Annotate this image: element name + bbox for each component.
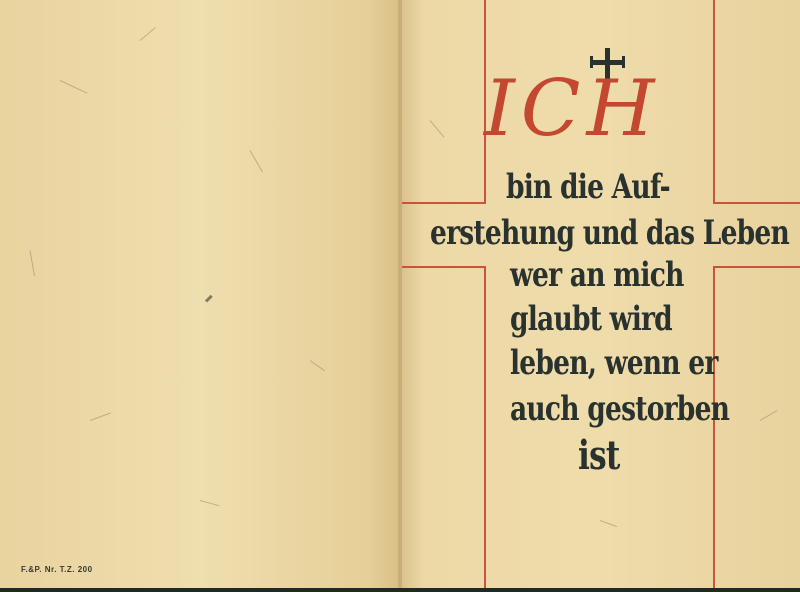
paper-fiber [60, 80, 88, 94]
verse-line-1: bin die Auf- [506, 170, 670, 204]
paper-fiber [430, 120, 445, 137]
card-fold [398, 0, 402, 588]
paper-fiber [30, 250, 35, 276]
verse-line-2: erstehung und das Leben [430, 216, 789, 250]
paper-fiber [200, 500, 220, 506]
left-panel: F.&P. Nr. T.Z. 200 [0, 0, 400, 588]
cross-outline-right-arm-bottom [713, 266, 800, 268]
verse-line-7: ist [578, 436, 619, 476]
paper-fiber [310, 360, 325, 371]
cross-outline-right-arm-top [713, 202, 800, 204]
paper-fiber [140, 27, 156, 41]
paper-fiber [250, 150, 263, 172]
cross-outline-left-arm-bottom [402, 266, 486, 268]
verse-line-3: wer an mich [510, 258, 684, 292]
verse-line-6: auch gestorben [510, 392, 729, 426]
memorial-card: F.&P. Nr. T.Z. 200 ICH bin die Auf- erst… [0, 0, 800, 588]
verse-line-5: leben, wenn er [510, 346, 718, 380]
paper-fiber [600, 520, 617, 527]
paper-fiber [760, 410, 778, 421]
publisher-imprint: F.&P. Nr. T.Z. 200 [21, 565, 93, 574]
cross-outline-right-upper [713, 0, 715, 202]
verse-line-4: glaubt wird [510, 302, 672, 336]
paper-speck [205, 295, 213, 303]
paper-fiber [90, 413, 111, 421]
cross-outline-left-lower [484, 266, 486, 588]
heading-ich: ICH [484, 70, 661, 148]
scan-background-strip [0, 588, 800, 592]
cross-outline-left-arm-top [402, 202, 486, 204]
